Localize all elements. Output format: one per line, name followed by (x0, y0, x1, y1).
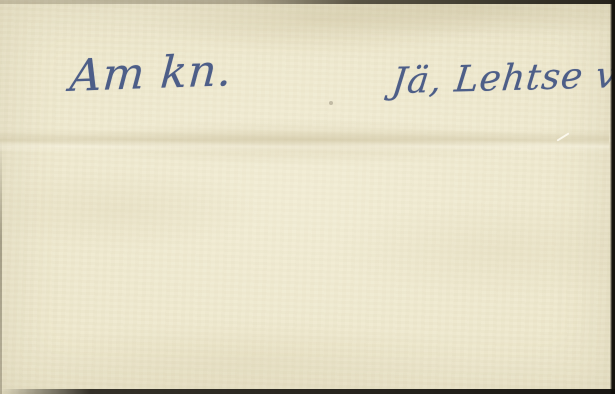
inscription-right: Jä, Lehtse v. (390, 55, 615, 102)
ink-speck (329, 101, 333, 105)
paper-crease (0, 130, 609, 152)
index-card: Am kn. Jä, Lehtse v. (0, 0, 615, 394)
paper-scratch (557, 132, 570, 141)
card-bottom-edge-shadow (0, 389, 615, 394)
card-top-edge-shadow (0, 0, 615, 4)
inscription-left: Am kn. (68, 45, 234, 102)
card-left-edge-shadow (0, 138, 2, 394)
